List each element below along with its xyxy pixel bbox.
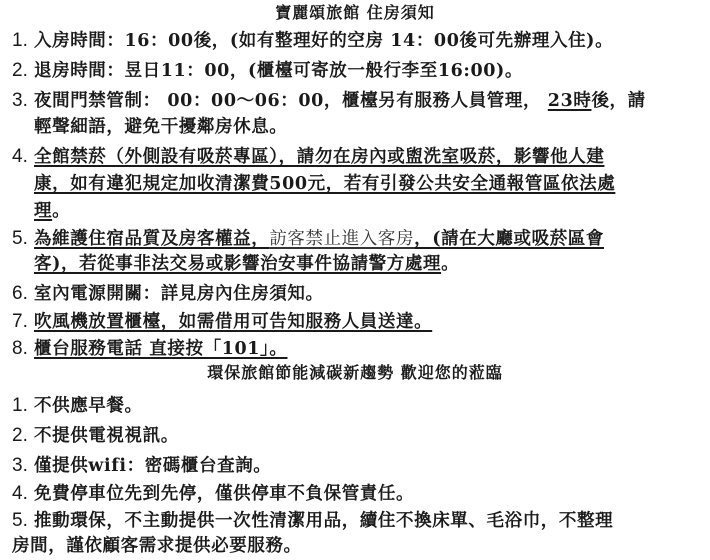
rule-text: 入房時間：16：00後，(如有整理好的空房 14：00後可先辦理入住)。 <box>34 31 613 51</box>
rule-text: 不供應早餐。 <box>34 396 143 416</box>
eco-subtitle: 環保旅館節能減碳新趨勢 歡迎您的蒞臨 <box>0 363 710 383</box>
eco-rule-4: 4.免費停車位先到先停，僅供停車不負保管責任。 <box>12 481 702 507</box>
rule-4-continued: 康，如有違犯規定加收清潔費500元，若有引發公共安全通報管區依法處 <box>34 171 710 197</box>
rule-number: 2. <box>12 423 34 449</box>
rule-number: 7. <box>12 309 34 335</box>
rule-text-underlined: 全館禁菸（外側設有吸菸專區），請勿在房內或盥洗室吸菸，影響他人建 <box>34 147 604 167</box>
rule-number: 3. <box>12 453 34 479</box>
rule-text: 室內電源開關：詳見房內住房須知。 <box>34 284 324 304</box>
rule-8: 8.櫃台服務電話 直接按「101」。 <box>12 336 702 362</box>
rule-5: 5.為維護住宿品質及房客權益，訪客禁止進入客房，(請在大廳或吸菸區會 <box>12 226 702 252</box>
rule-text: 後，請 <box>591 91 645 111</box>
rule-5-continued: 客)，若從事非法交易或影響治安事件協請警方處理。 <box>34 251 710 277</box>
rule-text: 不提供電視視訊。 <box>34 426 179 446</box>
rule-text-underlined: 櫃台服務電話 直接按「101」。 <box>34 339 287 359</box>
rule-3: 3.夜間門禁管制： 00：00～06：00，櫃檯另有服務人員管理， 23時後，請 <box>12 88 702 114</box>
rule-number: 3. <box>12 88 34 114</box>
rule-6: 6.室內電源開關：詳見房內住房須知。 <box>12 281 702 307</box>
rule-number: 6. <box>12 281 34 307</box>
rule-number: 2. <box>12 58 34 84</box>
rule-3-continued: 輕聲細語，避免干擾鄰房休息。 <box>34 114 710 140</box>
rule-text: 退房時間：昱日11：00，(櫃檯可寄放一般行李至16:00)。 <box>34 61 523 81</box>
rule-1: 1.入房時間：16：00後，(如有整理好的空房 14：00後可先辦理入住)。 <box>12 28 702 54</box>
rule-text: 推動環保，不主動提供一次性清潔用品，續住不換床單、毛浴巾，不整理 <box>34 511 613 531</box>
rule-number: 8. <box>12 336 34 362</box>
house-rules-document: 寶麗頌旅館 住房須知 1.入房時間：16：00後，(如有整理好的空房 14：00… <box>0 0 710 560</box>
document-title: 寶麗頌旅館 住房須知 <box>0 3 710 23</box>
rule-number: 4. <box>12 481 34 507</box>
eco-rule-5-continued: 房間，謹依顧客需求提供必要服務。 <box>12 533 702 559</box>
rule-text: 夜間門禁管制： 00：00～06：00，櫃檯另有服務人員管理， <box>34 91 548 111</box>
rule-text-underlined: 客)，若從事非法交易或影響治安事件協請警方處理 <box>34 254 441 274</box>
rule-number: 5. <box>12 226 34 252</box>
rule-text-underlined: ，(請在大廳或吸菸區會 <box>414 229 604 249</box>
rule-text-underlined: 吹風機放置櫃檯，如需借用可告知服務人員送達。 <box>34 312 432 332</box>
eco-rule-1: 1.不供應早餐。 <box>12 393 702 419</box>
rule-text-visitor-ban: 訪客禁止進入客房 <box>269 229 414 249</box>
rule-text-underlined: 理 <box>34 201 52 221</box>
eco-rule-2: 2.不提供電視視訊。 <box>12 423 702 449</box>
rule-4-continued: 理。 <box>34 198 710 224</box>
rule-7: 7.吹風機放置櫃檯，如需借用可告知服務人員送達。 <box>12 309 702 335</box>
rule-4: 4.全館禁菸（外側設有吸菸專區），請勿在房內或盥洗室吸菸，影響他人建 <box>12 144 702 170</box>
rule-text-underlined: 23時 <box>548 91 592 111</box>
rule-text: 僅提供wifi：密碼櫃台查詢。 <box>34 456 271 476</box>
rule-text-underlined: 為維護住宿品質及房客權益， <box>34 229 269 249</box>
eco-rule-3: 3.僅提供wifi：密碼櫃台查詢。 <box>12 453 702 479</box>
eco-rule-5: 5.推動環保，不主動提供一次性清潔用品，續住不換床單、毛浴巾，不整理 <box>12 508 702 534</box>
rule-text: 免費停車位先到先停，僅供停車不負保管責任。 <box>34 484 414 504</box>
rule-suffix: 。 <box>441 254 459 274</box>
rule-suffix: 。 <box>52 201 70 221</box>
rule-2: 2.退房時間：昱日11：00，(櫃檯可寄放一般行李至16:00)。 <box>12 58 702 84</box>
rule-number: 1. <box>12 28 34 54</box>
rule-text-underlined: 康，如有違犯規定加收清潔費500元，若有引發公共安全通報管區依法處 <box>34 174 615 194</box>
rule-number: 4. <box>12 144 34 170</box>
rule-number: 5. <box>12 508 34 534</box>
rule-number: 1. <box>12 393 34 419</box>
